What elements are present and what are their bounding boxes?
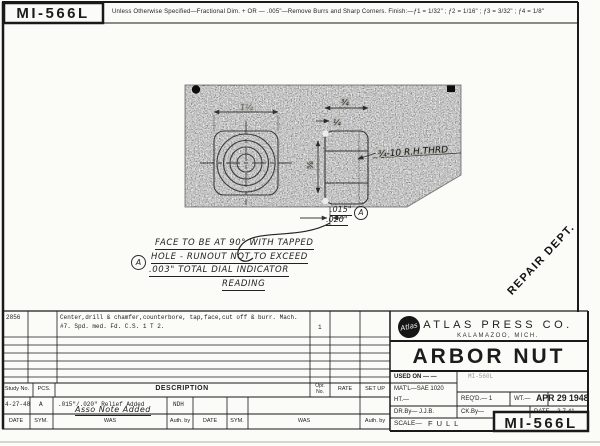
atlas-logo-text: Atlas — [400, 321, 419, 332]
used-on-label: USED ON — — — [394, 374, 437, 380]
footer-auth-1: Auth. by — [170, 419, 190, 425]
note-line-1: FACE TO BE AT 90° WITH TAPPED — [155, 239, 314, 250]
company-city: KALAMAZOO, MICH. — [457, 333, 539, 339]
footer-sym-1: SYM. — [34, 419, 47, 425]
note-marker-a: A — [131, 255, 146, 270]
photostat-texture — [170, 73, 470, 215]
corner-mark-right — [447, 86, 455, 93]
footer-date-1: DATE — [9, 419, 23, 425]
footer-was-2: WAS — [298, 419, 310, 425]
rev-auth: NDH — [173, 402, 184, 408]
note-line-4: READING — [222, 280, 265, 291]
used-on-value: MI-560L — [468, 374, 493, 380]
scale-label: SCALE— — [394, 421, 422, 428]
rev-header-study-no: Study No. — [5, 387, 29, 393]
rev-date: 4-27-48 — [5, 402, 30, 408]
drawing-sheet: MI-566L Unless Otherwise Specified—Fract… — [0, 0, 600, 446]
rev-sym: A — [39, 402, 43, 408]
dim-step-label: ¼ — [333, 118, 341, 127]
date-stamp: APR 29 1948 — [536, 394, 588, 404]
photostat-hole-bottom — [322, 198, 328, 204]
drawing-number: MI-566L — [504, 416, 577, 431]
note-line-3: .003" TOTAL DIAL INDICATOR — [149, 266, 289, 277]
dim-section-width-label: ¾ — [341, 98, 349, 107]
detail-marker-a: A — [354, 206, 368, 220]
footer-auth-2: Auth. by — [365, 419, 385, 425]
dim-front-width-label: 1¼ — [240, 103, 253, 112]
rev-header-setup: SET UP — [365, 387, 385, 393]
spec-note: Unless Otherwise Specified—Fractional Di… — [112, 9, 544, 15]
company-name: ATLAS PRESS CO. — [423, 320, 573, 331]
footer-date-2: DATE — [203, 419, 217, 425]
dim-height-label: ⅝ — [306, 161, 315, 169]
tolerance-lower: .020" — [326, 216, 348, 226]
reqd-label: REQ'D.— 1 — [461, 396, 492, 402]
op-description-2: #7. Spd. med. Fd. C.S. 1 T 2. — [60, 324, 164, 330]
scale-value: FULL — [428, 420, 462, 428]
corner-mark-left — [192, 85, 200, 93]
rev-header-rate: RATE — [338, 387, 352, 393]
footer-sym-2: SYM. — [230, 419, 243, 425]
footer-was-1: WAS — [104, 419, 116, 425]
rev-handwritten-note: Asso Note Added — [75, 406, 151, 416]
checked-by: CK.By— — [461, 409, 484, 415]
heat-treat-label: HT.— — [394, 397, 409, 403]
doc-number-top: MI-566L — [16, 6, 89, 21]
op-description-1: Center,drill & chamfer,counterbore, tap,… — [60, 315, 298, 321]
rev-header-pcs: PCS. — [38, 387, 51, 393]
rev-header-opr-no: No. — [316, 390, 324, 395]
part-name: ARBOR NUT — [413, 346, 566, 367]
note-line-2: HOLE - RUNOUT NOT TO EXCEED — [151, 253, 308, 264]
wt-label: WT.— — [514, 396, 530, 402]
op-qty: 1 — [318, 325, 322, 331]
drawn-by: DR.By— J.J.B. — [394, 409, 434, 415]
photostat-hole-top — [322, 130, 328, 136]
rev-header-description: DESCRIPTION — [155, 385, 208, 392]
op-number: 2856 — [6, 315, 20, 321]
material-label: MAT'L—SAE 1020 — [394, 386, 444, 392]
